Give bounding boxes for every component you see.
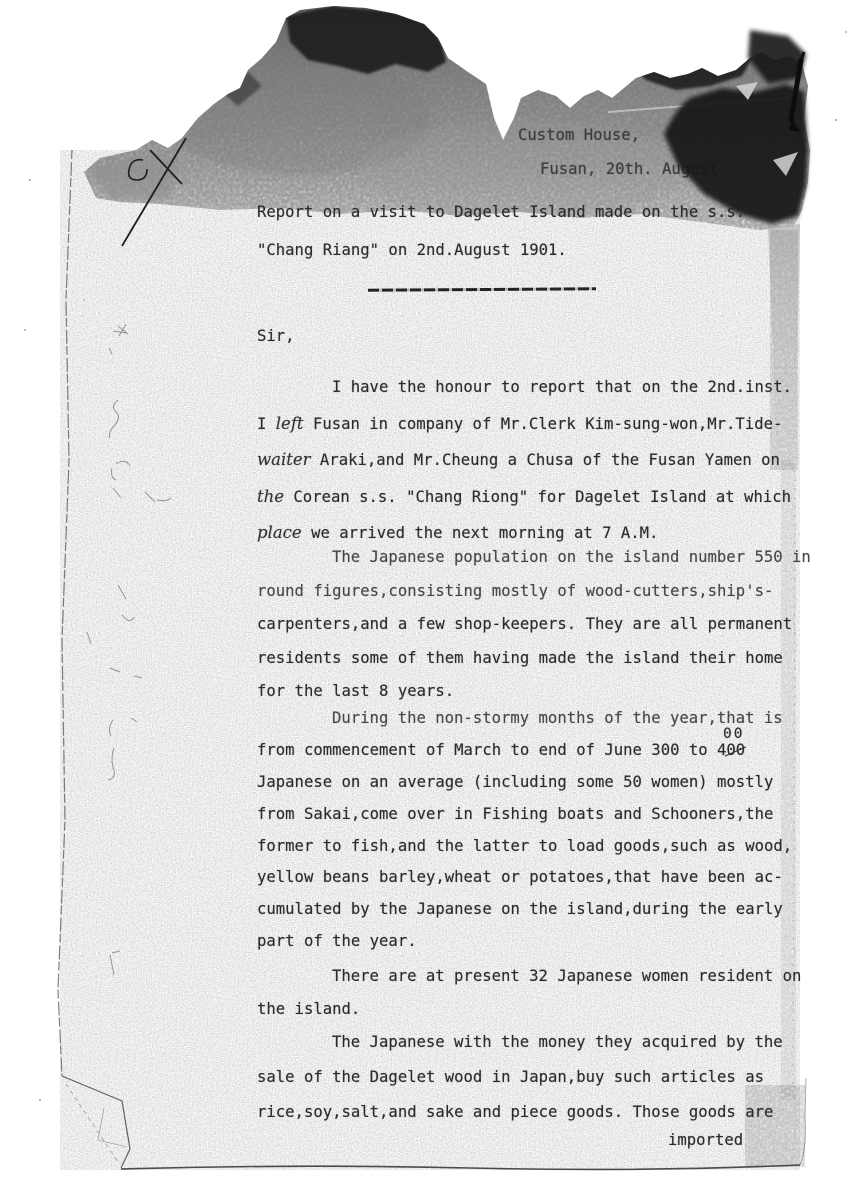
typed-line: from Sakai,come over in Fishing boats an…	[257, 799, 792, 831]
handwritten-word: the	[257, 487, 284, 506]
handwritten-word: place	[257, 523, 302, 542]
typed-line: part of the year.	[257, 926, 792, 958]
typed-line: rice,soy,salt,and sake and piece goods. …	[257, 1095, 783, 1130]
paragraph-4: There are at present 32 Japanese women r…	[257, 960, 801, 1026]
typed-line-with-correction: from commencement of March to end of Jun…	[257, 735, 792, 767]
typed-line: sale of the Dagelet wood in Japan,buy su…	[257, 1060, 783, 1095]
report-title-line2: "Chang Riang" on 2nd.August 1901.	[257, 241, 567, 259]
typed-line: The Japanese with the money they acquire…	[257, 1025, 783, 1060]
typed-line: former to fish,and the latter to load go…	[257, 831, 792, 863]
paragraph-1: I have the honour to report that on the …	[257, 369, 792, 552]
handwritten-word: left	[276, 414, 304, 433]
handwritten-word: waiter	[257, 450, 311, 469]
typed-line: The Japanese population on the island nu…	[257, 541, 811, 575]
report-title-line1: Report on a visit to Dagelet Island made…	[257, 203, 745, 221]
typed-line: I have the honour to report that on the …	[257, 369, 792, 406]
salutation: Sir,	[257, 327, 295, 345]
typed-line: residents some of them having made the i…	[257, 642, 811, 676]
typed-line: I left Fusan in company of Mr.Clerk Kim-…	[257, 406, 792, 443]
typed-line: the island.	[257, 993, 801, 1026]
typed-line: waiter Araki,and Mr.Cheung a Chusa of th…	[257, 442, 792, 479]
paragraph-2: The Japanese population on the island nu…	[257, 541, 811, 709]
correction-superscript: 00	[723, 719, 744, 751]
catchword: imported	[668, 1131, 743, 1149]
typed-line: Japanese on an average (including some 5…	[257, 767, 792, 799]
typed-line: During the non-stormy months of the year…	[257, 703, 792, 735]
typed-line: round figures,consisting mostly of wood-…	[257, 575, 811, 609]
paragraph-3: During the non-stormy months of the year…	[257, 703, 792, 958]
typed-line: the Corean s.s. "Chang Riong" for Dagele…	[257, 479, 792, 516]
paragraph-5: The Japanese with the money they acquire…	[257, 1025, 783, 1130]
typed-line: yellow beans barley,wheat or potatoes,th…	[257, 862, 792, 894]
typed-line: There are at present 32 Japanese women r…	[257, 960, 801, 993]
scanned-letter-page: Custom House, Fusan, 20th. August Report…	[0, 0, 867, 1191]
typed-line: carpenters,and a few shop-keepers. They …	[257, 608, 811, 642]
typed-line: cumulated by the Japanese on the island,…	[257, 894, 792, 926]
